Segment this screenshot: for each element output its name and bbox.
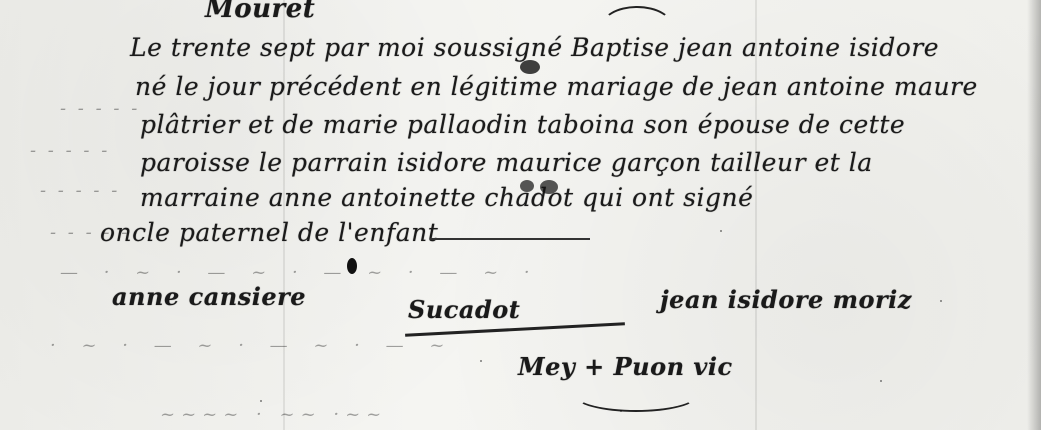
margin-mark: - - - - - <box>50 222 130 243</box>
signature-priest: Mey + Puon vic <box>518 352 733 381</box>
margin-mark: - - - - - <box>30 140 110 161</box>
signature-underline <box>405 322 625 337</box>
body-line-2: né le jour précédent en légitime mariage… <box>135 72 978 101</box>
page-fold-line <box>283 0 285 430</box>
scanned-register-page: Mouret Le trente sept par moi soussigné … <box>0 0 1041 430</box>
signature-jean-isidore-moriz: jean isidore moriz <box>660 285 912 314</box>
margin-mark: - - - - - <box>60 98 140 119</box>
pen-flourish <box>574 378 698 412</box>
body-line-6: oncle paternel de l'enfant <box>100 218 438 247</box>
signature-anne-cansiere: anne cansiere <box>112 282 306 311</box>
body-line-5: marraine anne antoinette chadot qui ont … <box>140 183 753 212</box>
signature-sucadot: Sucadot <box>408 295 520 324</box>
entry-heading: Mouret <box>205 0 315 24</box>
ink-blot <box>347 258 357 274</box>
bleed-through-text: ~~~~ · ~~ ·~~ <box>160 404 387 425</box>
ink-blot <box>540 180 558 194</box>
ink-blot <box>520 60 540 74</box>
body-line-3: plâtrier et de marie pallaodin taboina s… <box>140 110 905 139</box>
bleed-through-text: — · ~ · — ~ · — ~ · — ~ · <box>60 262 540 283</box>
page-edge-shadow <box>1027 0 1041 430</box>
text-underline <box>430 238 590 240</box>
bleed-through-text: · ~ · — ~ · — ~ · — ~ <box>50 335 454 356</box>
ink-blot <box>520 180 534 192</box>
pen-flourish <box>600 6 674 50</box>
body-line-1: Le trente sept par moi soussigné Baptise… <box>130 33 939 62</box>
margin-mark: - - - - - <box>40 180 120 201</box>
body-line-4: paroisse le parrain isidore maurice garç… <box>140 148 873 177</box>
page-fold-line <box>755 0 757 430</box>
